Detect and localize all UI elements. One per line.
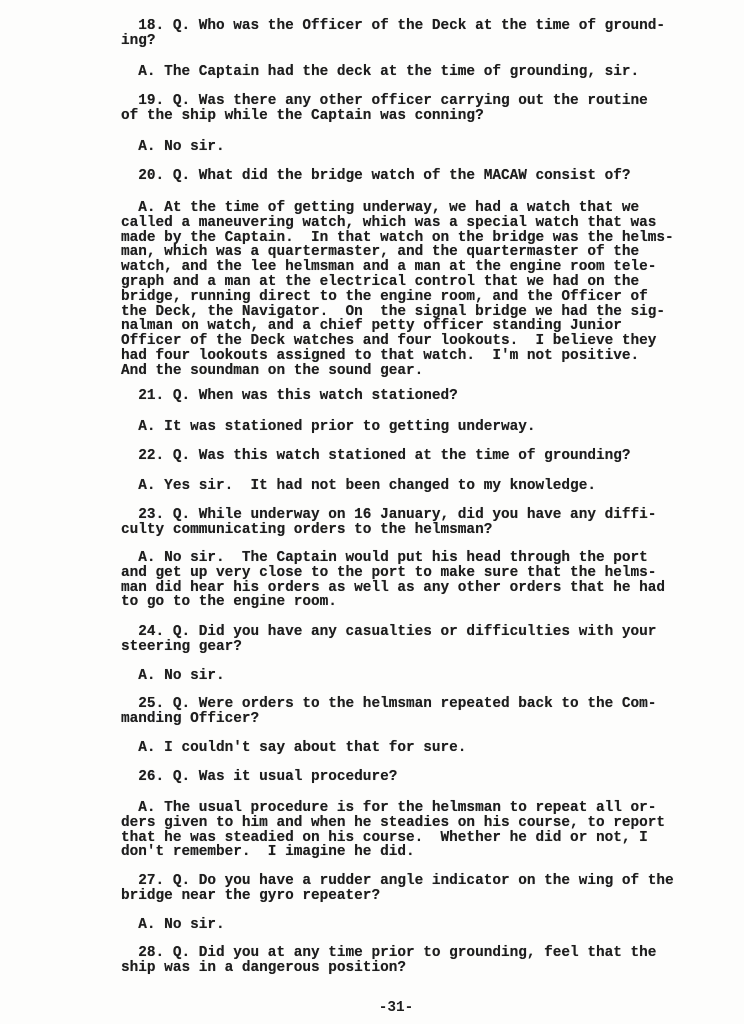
text-line: 23. Q. While underway on 16 January, did… [121, 508, 656, 523]
text-line: don't remember. I imagine he did. [121, 845, 415, 860]
text-line: Officer of the Deck watches and four loo… [121, 334, 656, 349]
text-line: ing? [121, 34, 156, 49]
text-line: 21. Q. When was this watch stationed? [121, 389, 458, 404]
text-line: A. I couldn't say about that for sure. [121, 741, 466, 756]
page-number: -31- [0, 1000, 744, 1016]
text-line: A. The usual procedure is for the helmsm… [121, 801, 656, 816]
text-line: A. At the time of getting underway, we h… [121, 201, 639, 216]
text-line: bridge, running direct to the engine roo… [121, 290, 648, 305]
text-line: to go to the engine room. [121, 595, 337, 610]
text-line: 28. Q. Did you at any time prior to grou… [121, 946, 656, 961]
text-line: 26. Q. Was it usual procedure? [121, 770, 397, 785]
text-line: A. It was stationed prior to getting und… [121, 420, 536, 435]
text-line: A. No sir. [121, 918, 225, 933]
text-line: And the soundman on the sound gear. [121, 364, 423, 379]
text-line: A. No sir. [121, 140, 225, 155]
text-line: bridge near the gyro repeater? [121, 889, 380, 904]
text-line: and get up very close to the port to mak… [121, 566, 656, 581]
text-line: watch, and the lee helmsman and a man at… [121, 260, 656, 275]
text-line: 20. Q. What did the bridge watch of the … [121, 169, 631, 184]
text-line: called a maneuvering watch, which was a … [121, 216, 656, 231]
text-line: 19. Q. Was there any other officer carry… [121, 94, 648, 109]
text-line: ders given to him and when he steadies o… [121, 816, 665, 831]
text-line: had four lookouts assigned to that watch… [121, 349, 639, 364]
document-page: 18. Q. Who was the Officer of the Deck a… [0, 0, 744, 1024]
text-line: A. No sir. [121, 669, 225, 684]
text-line: 27. Q. Do you have a rudder angle indica… [121, 874, 674, 889]
text-line: A. No sir. The Captain would put his hea… [121, 551, 648, 566]
text-line: 25. Q. Were orders to the helmsman repea… [121, 697, 656, 712]
text-line: 24. Q. Did you have any casualties or di… [121, 625, 656, 640]
text-line: culty communicating orders to the helmsm… [121, 523, 492, 538]
text-line: ship was in a dangerous position? [121, 961, 406, 976]
text-line: A. Yes sir. It had not been changed to m… [121, 479, 596, 494]
text-line: 18. Q. Who was the Officer of the Deck a… [121, 19, 665, 34]
text-line: manding Officer? [121, 712, 259, 727]
text-line: steering gear? [121, 640, 242, 655]
text-line: A. The Captain had the deck at the time … [121, 65, 639, 80]
text-line: of the ship while the Captain was connin… [121, 109, 484, 124]
text-line: 22. Q. Was this watch stationed at the t… [121, 449, 631, 464]
text-line: graph and a man at the electrical contro… [121, 275, 639, 290]
